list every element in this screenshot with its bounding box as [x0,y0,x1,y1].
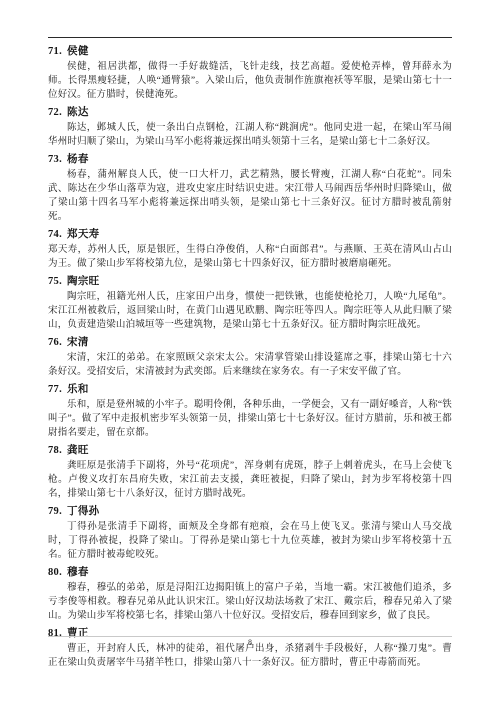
entry-body: 杨春，蒲州解良人氏，使一口大杆刀，武艺精熟，腰长臂瘦，江湖人称“白花蛇”。同朱武… [48,168,452,224]
entry-body: 陶宗旺，祖籍光州人氏，庄家田户出身，惯使一把铁锹，也能使枪抡刀，人唤“九尾龟”。… [48,290,452,332]
entry: 75.陶宗旺 陶宗旺，祖籍光州人氏，庄家田户出身，惯使一把铁锹，也能使枪抡刀，人… [48,276,452,332]
entry-name: 宋清 [67,337,89,348]
entry-body: 郑天寿，苏州人氏，原是银匠，生得白净俊俏，人称“白面郎君”。与燕顺、王英在清风山… [48,243,452,271]
entry: 72.陈达 陈达，邺城人氏，使一条出白点钢枪，江湖人称“跳涧虎”。他同史进一起，… [48,107,452,149]
entry-name: 穆春 [67,567,89,578]
document-page: 71.侯健 侯健，祖居洪都，做得一手好裁缝活，飞针走线，技艺高超。爱使枪弄棒，曾… [0,0,500,707]
entry-body: 宋清，宋江的弟弟。在家照顾父亲宋太公。宋清掌管梁山排设筵席之事，排梁山第七十六条… [48,351,452,379]
entry-body: 龚旺原是张清手下副将，外号“花项虎”，浑身刺有虎斑，脖子上刺着虎头，在马上会使飞… [48,459,452,501]
entry-body: 乐和，原是登州城的小牢子。聪明伶俐，各种乐曲，一学便会，又有一副好嗓音，人称“铁… [48,398,452,440]
footer-rule [48,636,452,637]
entry-name: 乐和 [67,384,89,395]
entry-heading: 80.穆春 [48,567,452,579]
entry: 76.宋清 宋清，宋江的弟弟。在家照顾父亲宋太公。宋清掌管梁山排设筵席之事，排梁… [48,337,452,379]
entry: 74.郑天寿 郑天寿，苏州人氏，原是银匠，生得白净俊俏，人称“白面郎君”。与燕顺… [48,229,452,271]
header-rule [48,37,452,38]
entry-name: 郑天寿 [67,229,99,240]
entry-name: 龚旺 [67,445,89,456]
entry: 71.侯健 侯健，祖居洪都，做得一手好裁缝活，飞针走线，技艺高超。爱使枪弄棒，曾… [48,46,452,102]
entry-heading: 71.侯健 [48,46,452,58]
entry-number: 71. [48,46,62,57]
entry-heading: 72.陈达 [48,107,452,119]
entry-list: 71.侯健 侯健，祖居洪都，做得一手好裁缝活，飞针走线，技艺高超。爱使枪弄棒，曾… [48,41,452,670]
entry-number: 75. [48,276,62,287]
entry-body: 丁得孙是张清手下副将，面颊及全身都有疤痕，会在马上使飞叉。张清与梁山人马交战时，… [48,520,452,562]
entry-number: 72. [48,107,62,118]
entry-heading: 77.乐和 [48,384,452,396]
entry-heading: 76.宋清 [48,337,452,349]
page-footer: 8 [48,636,452,648]
entry: 81.曹正 曹正，开封府人氏，林冲的徒弟，祖代屠户出身，杀猪剥牛手段极好，人称“… [48,628,452,670]
entry-heading: 79.丁得孙 [48,506,452,518]
entry-name: 杨春 [67,154,89,165]
entry-name: 陈达 [67,107,89,118]
entry-name: 丁得孙 [67,506,99,517]
entry: 78.龚旺 龚旺原是张清手下副将，外号“花项虎”，浑身刺有虎斑，脖子上刺着虎头，… [48,445,452,501]
entry-number: 76. [48,337,62,348]
entry-heading: 75.陶宗旺 [48,276,452,288]
entry-heading: 78.龚旺 [48,445,452,457]
entry-body: 侯健，祖居洪都，做得一手好裁缝活，飞针走线，技艺高超。爱使枪弄棒，曾拜薛永为师。… [48,60,452,102]
entry-number: 77. [48,384,62,395]
entry: 80.穆春 穆春，穆弘的弟弟，原是浔阳江边揭阳镇上的富户子弟，当地一霸。宋江被他… [48,567,452,623]
entry-heading: 74.郑天寿 [48,229,452,241]
entry-body: 穆春，穆弘的弟弟，原是浔阳江边揭阳镇上的富户子弟，当地一霸。宋江被他们追杀，多亏… [48,581,452,623]
entry-body: 陈达，邺城人氏，使一条出白点钢枪，江湖人称“跳涧虎”。他同史进一起，在梁山军马闹… [48,121,452,149]
entry: 73.杨春 杨春，蒲州解良人氏，使一口大杆刀，武艺精熟，腰长臂瘦，江湖人称“白花… [48,154,452,224]
entry-heading: 73.杨春 [48,154,452,166]
entry: 79.丁得孙 丁得孙是张清手下副将，面颊及全身都有疤痕，会在马上使飞叉。张清与梁… [48,506,452,562]
page-number: 8 [48,638,452,648]
entry-name: 侯健 [67,46,89,57]
entry-number: 79. [48,506,62,517]
entry-number: 78. [48,445,62,456]
entry-number: 74. [48,229,62,240]
entry-number: 80. [48,567,62,578]
entry: 77.乐和 乐和，原是登州城的小牢子。聪明伶俐，各种乐曲，一学便会，又有一副好嗓… [48,384,452,440]
entry-name: 陶宗旺 [67,276,99,287]
entry-number: 73. [48,154,62,165]
